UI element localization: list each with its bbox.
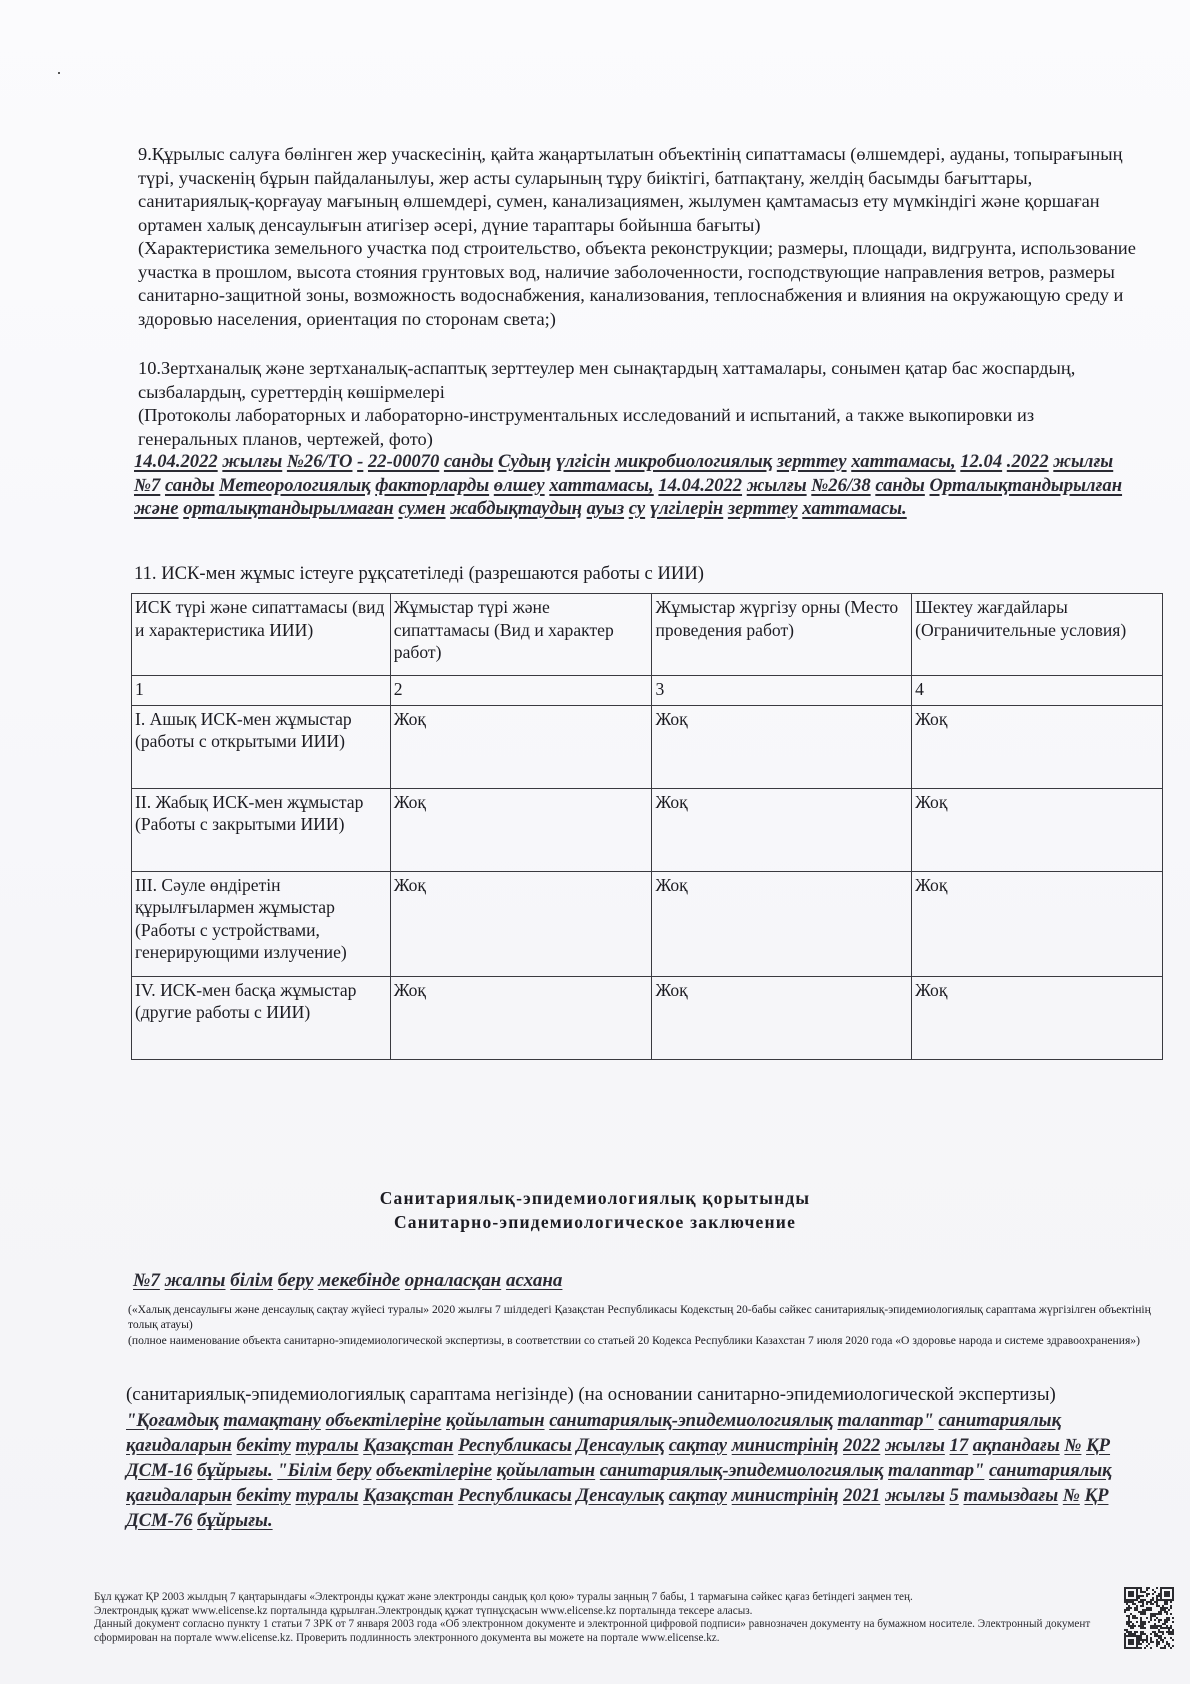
table-cell: ИСК түрі және сипаттамасы (вид и характе…	[132, 594, 391, 676]
underlined-word: №	[1064, 1435, 1081, 1456]
underlined-word: №26/ТО	[287, 451, 353, 472]
underlined-word: 14.04.2022	[658, 475, 742, 496]
underlined-word: Судың	[498, 451, 551, 472]
underlined-word: Орталықтандырылған	[930, 475, 1123, 496]
table-cell: Жоқ	[912, 871, 1163, 976]
underlined-word: мекебінде	[318, 1270, 400, 1291]
table-cell: Жоқ	[652, 976, 912, 1059]
footer-ru-line: Данный документ согласно пункту 1 статьи…	[94, 1618, 1104, 1645]
underlined-word: 2021	[843, 1485, 880, 1506]
footer-kz-line2: Электрондық құжат www.elicense.kz портал…	[94, 1605, 1104, 1619]
underlined-word: беру	[337, 1460, 372, 1481]
underlined-word: және	[134, 498, 179, 519]
table-cell: 3	[652, 676, 912, 706]
table-row: II. Жабық ИСК-мен жұмыстар (Работы с зак…	[132, 788, 1163, 871]
underlined-word: санитариялық	[989, 1460, 1112, 1481]
underlined-word: санитариялық-эпидемиологиялық	[549, 1410, 833, 1431]
underlined-word: ҚР	[1086, 1435, 1110, 1456]
underlined-word: жылғы	[885, 1435, 945, 1456]
table-row: III. Сәуле өндіретін құрылғылармен жұмыс…	[132, 871, 1163, 976]
underlined-word: талаптар"	[888, 1460, 984, 1481]
table-cell: Жоқ	[652, 871, 912, 976]
scan-speck	[58, 72, 60, 74]
underlined-word: 12.04	[960, 451, 1002, 472]
table-cell: Жоқ	[912, 705, 1163, 788]
underlined-word: білім	[230, 1270, 273, 1291]
object-note-ru: (полное наименование объекта санитарно-э…	[128, 1334, 1158, 1349]
underlined-word: үлгісін	[556, 451, 611, 472]
underlined-word: талаптар"	[837, 1410, 933, 1431]
table-row: I. Ашық ИСК-мен жұмыстар (работы с откры…	[132, 705, 1163, 788]
underlined-word: жылғы	[1053, 451, 1113, 472]
underlined-word: орталықтандырылмаған	[183, 498, 393, 519]
underlined-word: Республикасы	[458, 1435, 572, 1456]
underlined-word: №	[1063, 1485, 1080, 1506]
table-cell: I. Ашық ИСК-мен жұмыстар (работы с откры…	[132, 705, 391, 788]
underlined-word: жалпы	[165, 1270, 226, 1291]
underlined-word: қағидаларын	[126, 1435, 232, 1456]
table-cell: II. Жабық ИСК-мен жұмыстар (Работы с зак…	[132, 788, 391, 871]
underlined-word: орналасқан	[405, 1270, 501, 1291]
underlined-word: бекіту	[236, 1485, 290, 1506]
underlined-word: туралы	[296, 1435, 359, 1456]
underlined-word: сақтау	[669, 1435, 727, 1456]
underlined-word: "Қоғамдық	[126, 1410, 219, 1431]
section-10-value: 14.04.2022 жылғы №26/ТО - 22-00070 санды…	[134, 450, 1144, 521]
underlined-word: ДСМ-16	[126, 1460, 192, 1481]
underlined-word: жылғы	[747, 475, 807, 496]
underlined-word: қойылатын	[446, 1410, 545, 1431]
table-cell: Жоқ	[390, 705, 652, 788]
underlined-word: 2022	[843, 1435, 880, 1456]
underlined-word: факторларды	[375, 475, 489, 496]
section-9-ru: (Характеристика земельного участка под с…	[138, 237, 1138, 331]
footer-disclaimer: Бұл құжат ҚР 2003 жылдың 7 қаңтарындағы …	[94, 1591, 1104, 1645]
underlined-word: асхана	[506, 1270, 562, 1291]
underlined-word: хаттамасы,	[851, 451, 955, 472]
underlined-word: бұйрығы.	[197, 1460, 273, 1481]
underlined-word: зерттеу	[728, 498, 798, 519]
underlined-word: санитариялық-эпидемиологиялық	[600, 1460, 884, 1481]
underlined-word: Метеорологиялық	[219, 475, 370, 496]
table-cell: IV. ИСК-мен басқа жұмыстар (другие работ…	[132, 976, 391, 1059]
underlined-word: Денсаулық	[576, 1435, 664, 1456]
basis-label: (санитариялық-эпидемиологиялық сараптама…	[126, 1384, 1056, 1406]
conclusion-heading: Санитариялық-эпидемиологиялық қорытынды …	[0, 1186, 1190, 1234]
underlined-word: Республикасы	[458, 1485, 572, 1506]
table-cell: 4	[912, 676, 1163, 706]
underlined-word: ақпандағы	[973, 1435, 1060, 1456]
section-10-kz: 10.Зертханалық және зертханалық-аспаптық…	[138, 357, 1138, 404]
underlined-word: Қазақстан	[363, 1485, 453, 1506]
underlined-word: жабдықтаудың	[450, 498, 582, 519]
basis-value: "Қоғамдық тамақтану объектілеріне қойыла…	[126, 1408, 1166, 1533]
table-cell: Жоқ	[390, 976, 652, 1059]
underlined-word: санды	[875, 475, 925, 496]
underlined-word: сақтау	[669, 1485, 727, 1506]
underlined-word: туралы	[296, 1485, 359, 1506]
table-cell: Жұмыстар жүргізу орны (Место проведения …	[652, 594, 912, 676]
table-cell: Жоқ	[912, 976, 1163, 1059]
table-cell: Жұмыстар түрі және сипаттамасы (Вид и ха…	[390, 594, 652, 676]
underlined-word: №26/38	[811, 475, 870, 496]
underlined-word: тамыздағы	[963, 1485, 1058, 1506]
underlined-word: жылғы	[885, 1485, 945, 1506]
underlined-word: министрінің	[732, 1435, 839, 1456]
underlined-word: микробиологиялық	[615, 451, 772, 472]
section-11-title: 11. ИСК-мен жұмыс істеуге рұқсатетіледі …	[134, 563, 704, 585]
underlined-word: 17	[950, 1435, 969, 1456]
underlined-word: зерттеу	[777, 451, 847, 472]
underlined-word: министрінің	[732, 1485, 839, 1506]
underlined-word: бекіту	[236, 1435, 290, 1456]
ionizing-sources-table: ИСК түрі және сипаттамасы (вид и характе…	[131, 593, 1163, 1060]
table-cell: 2	[390, 676, 652, 706]
underlined-word: "Білім	[277, 1460, 332, 1481]
qr-code-icon[interactable]	[1124, 1587, 1174, 1649]
underlined-word: тамақтану	[223, 1410, 321, 1431]
underlined-word: .2022	[1007, 451, 1049, 472]
document-page: 9.Құрылыс салуға бөлінген жер учаскесіні…	[0, 0, 1190, 1684]
underlined-word: 14.04.2022	[134, 451, 218, 472]
underlined-word: қойылатын	[497, 1460, 596, 1481]
underlined-word: беру	[278, 1270, 314, 1291]
table-header-row: ИСК түрі және сипаттамасы (вид и характе…	[132, 594, 1163, 676]
underlined-word: хаттамасы.	[802, 498, 906, 519]
table-cell: Жоқ	[390, 871, 652, 976]
underlined-word: №7	[134, 475, 160, 496]
section-10: 10.Зертханалық және зертханалық-аспаптық…	[138, 357, 1138, 451]
table-cell: Жоқ	[390, 788, 652, 871]
underlined-word: Денсаулық	[576, 1485, 664, 1506]
underlined-word: жылғы	[222, 451, 282, 472]
object-name: №7 жалпы білім беру мекебінде орналасқан…	[133, 1270, 562, 1292]
underlined-word: санитариялық	[938, 1410, 1061, 1431]
table-cell: Шектеу жағдайлары (Ограничительные услов…	[912, 594, 1163, 676]
underlined-word: объектілеріне	[376, 1460, 492, 1481]
underlined-word: 5	[950, 1485, 959, 1506]
table-cell: 1	[132, 676, 391, 706]
underlined-word: -	[357, 451, 363, 472]
conclusion-title-kz: Санитариялық-эпидемиологиялық қорытынды	[0, 1186, 1190, 1210]
underlined-word: ҚР	[1085, 1485, 1109, 1506]
underlined-word: су	[629, 498, 645, 519]
underlined-word: хаттамасы,	[549, 475, 653, 496]
section-10-ru: (Протоколы лабораторных и лабораторно-ин…	[138, 404, 1138, 451]
table-cell: Жоқ	[652, 788, 912, 871]
underlined-word: қағидаларын	[126, 1485, 232, 1506]
table-cell: III. Сәуле өндіретін құрылғылармен жұмыс…	[132, 871, 391, 976]
conclusion-title-ru: Санитарно-эпидемиологическое заключение	[0, 1210, 1190, 1234]
table-row: IV. ИСК-мен басқа жұмыстар (другие работ…	[132, 976, 1163, 1059]
table-cell: Жоқ	[912, 788, 1163, 871]
underlined-word: үлгілерін	[650, 498, 723, 519]
underlined-word: сумен	[398, 498, 445, 519]
object-note-kz: («Халық денсаулығы және денсаулық сақтау…	[128, 1303, 1158, 1332]
underlined-word: санды	[165, 475, 215, 496]
section-9: 9.Құрылыс салуға бөлінген жер учаскесіні…	[138, 143, 1138, 331]
underlined-word: ауыз	[587, 498, 624, 519]
underlined-word: ДСМ-76	[126, 1510, 192, 1531]
underlined-word: №7	[133, 1270, 160, 1291]
underlined-word: бұйрығы.	[197, 1510, 273, 1531]
underlined-word: санды	[444, 451, 494, 472]
footer-kz-line1: Бұл құжат ҚР 2003 жылдың 7 қаңтарындағы …	[94, 1591, 1104, 1605]
underlined-word: 22-00070	[368, 451, 439, 472]
underlined-word: объектілеріне	[326, 1410, 442, 1431]
table-cell: Жоқ	[652, 705, 912, 788]
table-number-row: 1234	[132, 676, 1163, 706]
underlined-word: өлшеу	[494, 475, 545, 496]
section-9-kz: 9.Құрылыс салуға бөлінген жер учаскесіні…	[138, 143, 1138, 237]
underlined-word: Қазақстан	[363, 1435, 453, 1456]
